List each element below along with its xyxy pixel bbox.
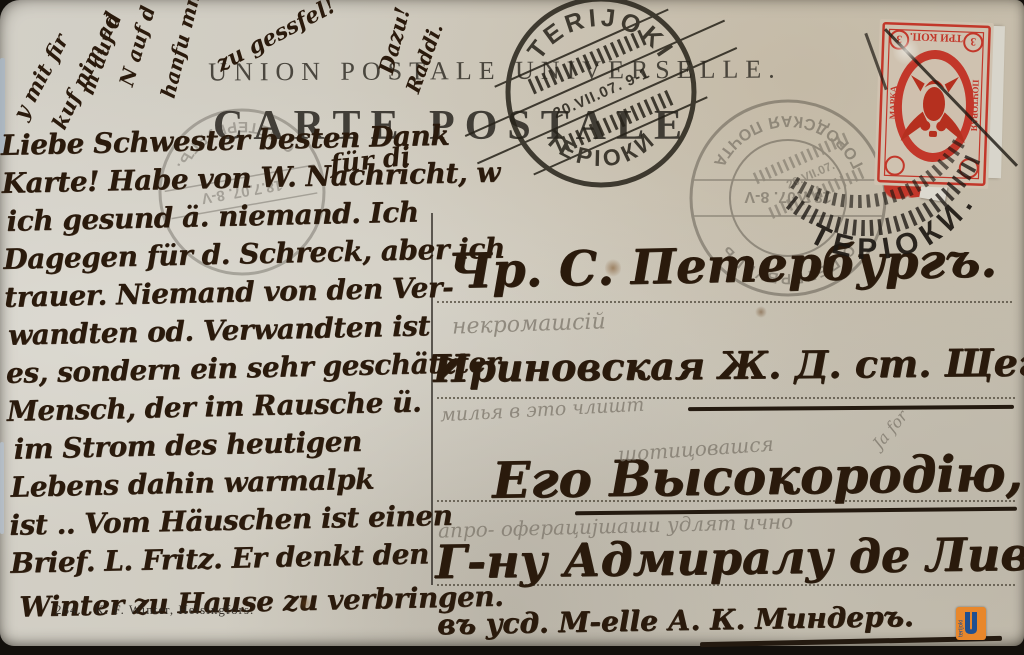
svg-text:ТРИ КОП.: ТРИ КОП. [909, 30, 963, 44]
upu-header: UNION POSTALE UNIVERSELLE. [175, 54, 815, 87]
publisher-imprint: 284. K. F. Winter, Helsingfors. [55, 602, 254, 618]
svg-text:3: 3 [970, 35, 976, 47]
postcard-photo: UNION POSTALE UNIVERSELLE. CARTE POSTALE… [0, 0, 1024, 655]
watermark-u-glyph [965, 612, 977, 634]
pencil-note: некромашсій [452, 309, 606, 339]
terijoki-postmark-main: TERIJOKI ТЕРІОКИ 20.VII.07. 9-1 [498, 0, 704, 198]
german-message: Liebe Schwester besten Dank Karte! Habe … [0, 119, 439, 629]
stain [755, 306, 767, 318]
stain [296, 596, 314, 610]
terijoki-postmark-arrival: ТЕРІОКИ. [772, 146, 1012, 286]
watermark-logo: terijoki [956, 607, 986, 640]
address-line-railway: Ириновская Ж. Д. ст. Щеглово. [433, 338, 1024, 391]
watermark-text: terijoki [959, 620, 965, 637]
scan-edge-sliver [0, 442, 4, 534]
stain [893, 36, 919, 66]
address-ruled-line [437, 397, 1015, 399]
stain [605, 258, 621, 278]
